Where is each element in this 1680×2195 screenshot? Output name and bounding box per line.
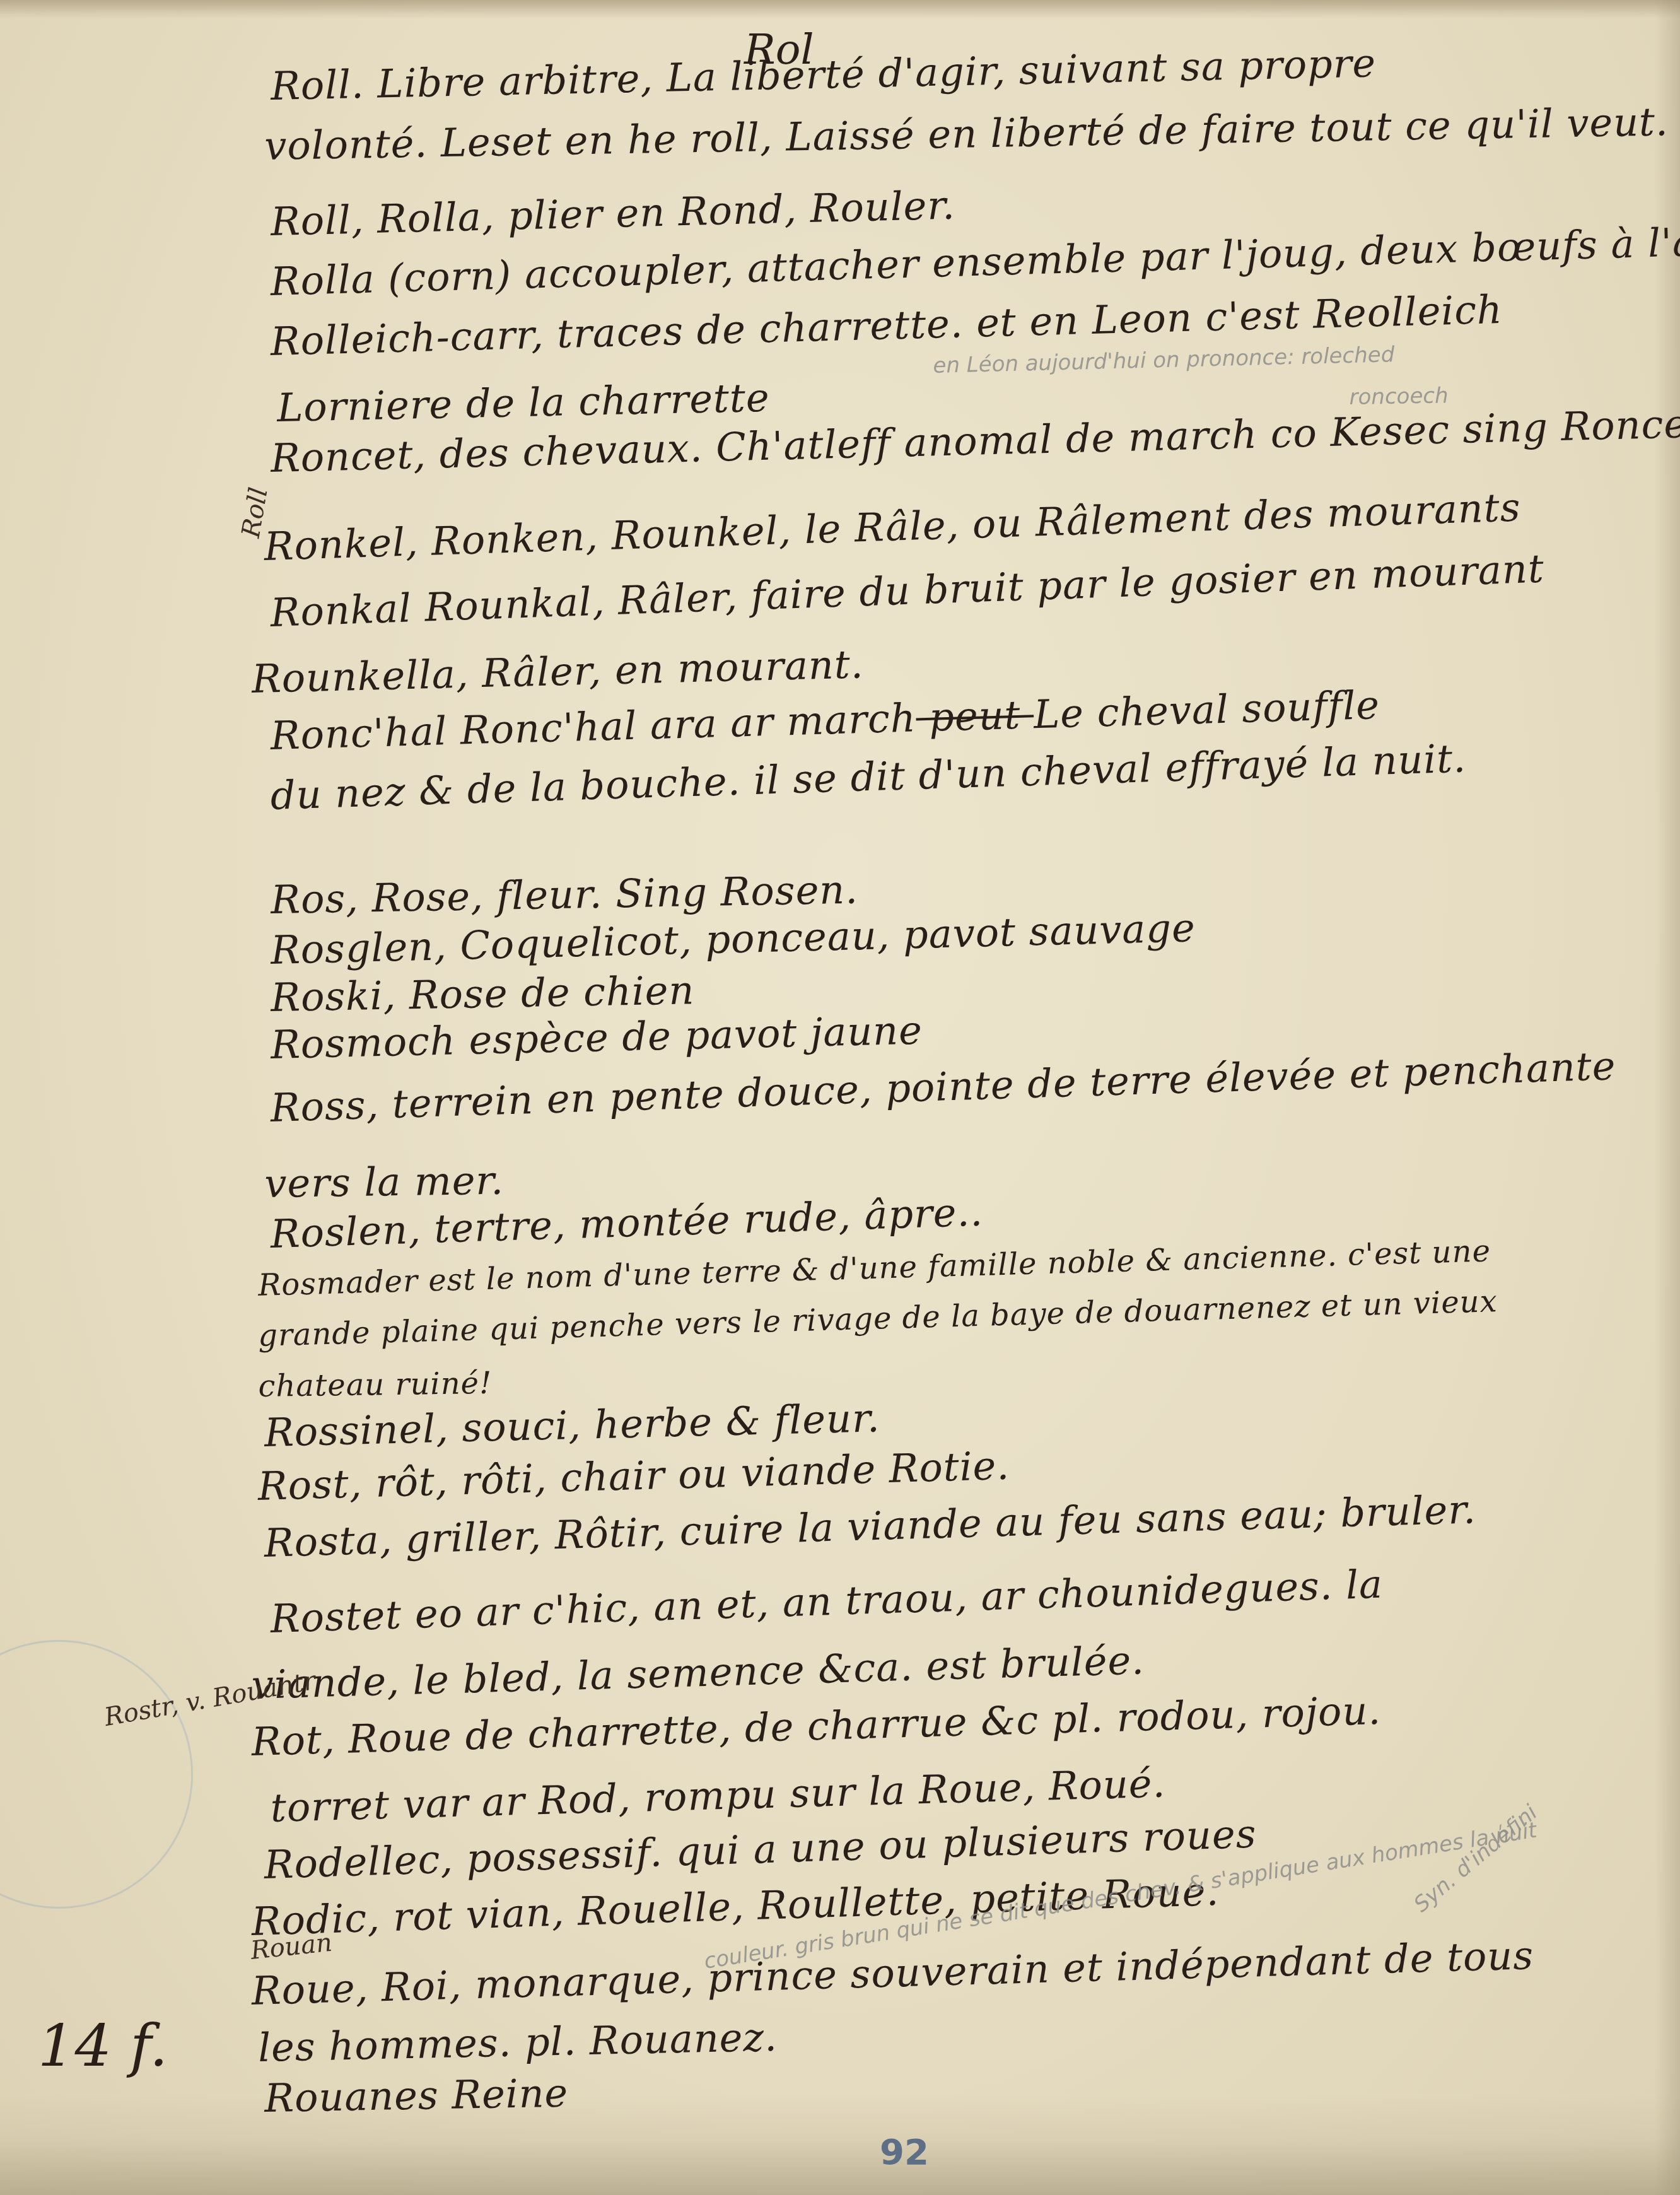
entry-text: Roski, Rose de chien: [271, 967, 695, 1021]
entry-line: Lorniere de la charrette: [276, 375, 770, 431]
folio-mark: 14 f.: [38, 2012, 168, 2080]
pencil-note: roncoech: [1349, 383, 1449, 410]
entry-line: Rouanes Reine: [264, 2070, 569, 2121]
water-stain-bottom: [0, 2094, 1680, 2195]
entry-text: vers la mer.: [264, 1157, 504, 1207]
page-gutter-shadow: [1655, 0, 1680, 2195]
entry-text: Lorniere de la charrette: [276, 375, 770, 431]
entry-line: chateau ruiné!: [258, 1366, 492, 1404]
entry-text: Rossinel, souci, herbe & fleur.: [264, 1395, 880, 1456]
entry-line: vers la mer.: [264, 1157, 504, 1207]
entry-line: Rostet eo ar c'hic, an et, an traou, ar …: [270, 1561, 1384, 1642]
entry-text: chateau ruiné!: [258, 1366, 492, 1404]
entry-text: Ronc'hal Ronc'hal ara ar march: [270, 694, 917, 759]
entry-line: volonté. Leset en he roll, Laissé en lib…: [264, 98, 1669, 169]
entry-line: Roski, Rose de chien: [271, 967, 695, 1021]
entry-line: Roll. Libre arbitre, La liberté d'agir, …: [270, 40, 1376, 109]
entry-text: Rouanes Reine: [264, 2070, 569, 2121]
entry-continuation: Le cheval souffle: [1033, 682, 1380, 737]
entry-text: les hommes. pl. Rouanez.: [257, 2014, 778, 2071]
struck-word: peut: [915, 691, 1034, 740]
entry-text: volonté. Leset en he roll, Laissé en lib…: [264, 98, 1669, 169]
entry-line: les hommes. pl. Rouanez.: [257, 2014, 778, 2071]
library-stamp: [0, 1640, 193, 1909]
entry-line: Rounkella, Râler, en mourant.: [251, 641, 864, 702]
entry-line: Roll, Rolla, plier en Rond, Rouler.: [270, 182, 955, 245]
pencil-note: en Léon aujourd'hui on prononce: roleche…: [933, 342, 1395, 378]
entry-line: Rossinel, souci, herbe & fleur.: [264, 1395, 880, 1456]
manuscript-page: Rol Roll. Libre arbitre, La liberté d'ag…: [0, 0, 1680, 2195]
entry-text: Rounkella, Râler, en mourant.: [251, 641, 864, 702]
entry-text: Roll, Rolla, plier en Rond, Rouler.: [270, 182, 955, 245]
entry-text: Rostet eo ar c'hic, an et, an traou, ar …: [270, 1561, 1384, 1642]
water-stain-top: [0, 0, 1680, 19]
entry-text: Roll. Libre arbitre, La liberté d'agir, …: [270, 40, 1376, 109]
page-number: 92: [880, 2132, 929, 2173]
